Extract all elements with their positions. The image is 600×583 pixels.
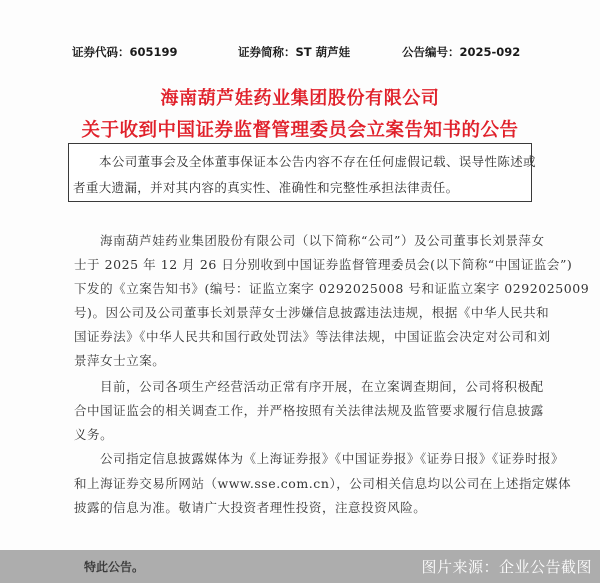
announcement-meta-row: 证券代码：605199 证券简称：ST 葫芦娃 公告编号：2025-092 (72, 44, 532, 64)
paragraph-3-line: 和上海证券交易所网站（www.sse.com.cn），公司相关信息均以公司在上述… (74, 476, 571, 492)
notice-line: 者重大遗漏，并对其内容的真实性、准确性和完整性承担法律责任。 (73, 178, 459, 196)
notice-line: 本公司董事会及全体董事保证本公告内容不存在任何虚假记载、误导性陈述或 (99, 152, 536, 170)
image-source-caption: 图片来源：企业公告截图 (421, 556, 592, 577)
paragraph-2-line: 合中国证监会的相关调查工作，并严格按照有关法律法规及监管要求履行信息披露 (74, 403, 544, 419)
paragraph-3-line: 公司指定信息披露媒体为《上海证券报》《中国证券报》《证券日报》《证券时报》 (100, 451, 564, 467)
image-source-bar: 特此公告。 图片来源：企业公告截图 (0, 550, 600, 583)
paragraph-2-line: 义务。 (74, 427, 113, 443)
closing-statement: 特此公告。 (84, 558, 144, 575)
paragraph-3-line: 披露的信息为准。敬请广大投资者理性投资，注意投资风险。 (74, 500, 426, 516)
company-name-title: 海南葫芦娃药业集团股份有限公司 (0, 84, 600, 110)
paragraph-1-line: 景萍女士立案。 (74, 353, 165, 369)
paragraph-1-line: 号)。因公司及公司董事长刘景萍女士涉嫌信息披露违法违规，根据《中华人民共和 (74, 305, 549, 321)
paragraph-1-line: 下发的《立案告知书》(编号：证监立案字 0292025008 号和证监立案字 0… (74, 281, 589, 297)
paragraph-1-line: 国证券法》《中华人民共和国行政处罚法》等法律法规，中国证监会决定对公司和刘 (74, 329, 551, 345)
announcement-number: 公告编号：2025-092 (402, 44, 520, 60)
paragraph-1-line: 海南葫芦娃药业集团股份有限公司（以下简称“公司”）及公司董事长刘景萍女 (100, 233, 545, 249)
stock-code: 证券代码：605199 (72, 44, 178, 60)
announcement-page: 证券代码：605199 证券简称：ST 葫芦娃 公告编号：2025-092 海南… (0, 0, 600, 583)
stock-abbreviation: 证券简称：ST 葫芦娃 (238, 44, 350, 60)
announcement-title: 关于收到中国证券监督管理委员会立案告知书的公告 (0, 116, 600, 142)
board-guarantee-notice-box: 本公司董事会及全体董事保证本公告内容不存在任何虚假记载、误导性陈述或 者重大遗漏… (68, 143, 532, 202)
paragraph-1-line: 士于 2025 年 12 月 26 日分别收到中国证券监督管理委员会(以下简称“… (74, 257, 572, 273)
paragraph-2-line: 目前，公司各项生产经营活动正常有序开展，在立案调查期间，公司将积极配 (100, 379, 544, 395)
